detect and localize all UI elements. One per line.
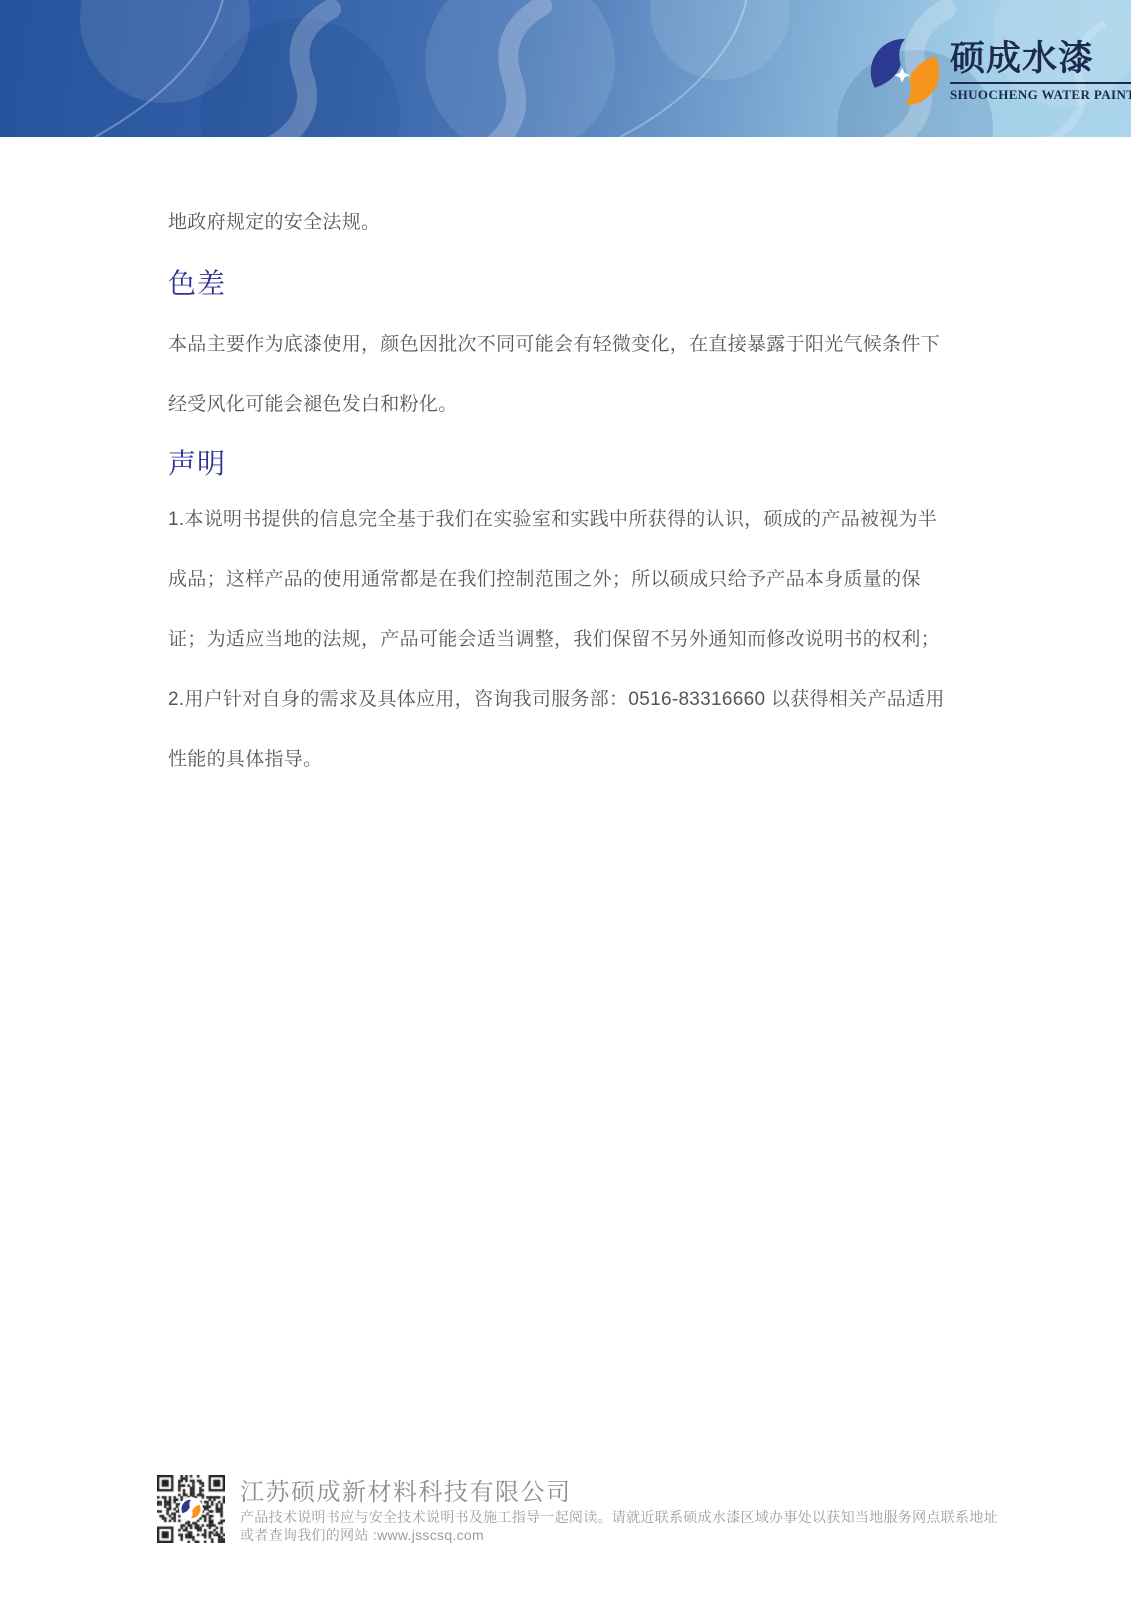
brand-logo-icon xyxy=(869,36,941,108)
qr-center-logo-icon xyxy=(179,1497,203,1521)
company-name: 江苏硕成新材料科技有限公司 xyxy=(240,1472,572,1507)
brand-name-cn: 硕成水漆 xyxy=(950,41,1131,84)
brand-name-en: SHUOCHENG WATER PAINT xyxy=(950,88,1131,101)
document-page: 硕成水漆 SHUOCHENG WATER PAINT 地政府规定的安全法规。 色… xyxy=(0,0,1131,1600)
brand-logo: 硕成水漆 SHUOCHENG WATER PAINT xyxy=(869,36,1131,108)
color-difference-paragraph: 本品主要作为底漆使用，颜色因批次不同可能会有轻微变化，在直接暴露于阳光气候条件下… xyxy=(168,315,946,435)
continuation-paragraph: 地政府规定的安全法规。 xyxy=(168,193,946,253)
footer-note-line-1: 产品技术说明书应与安全技术说明书及施工指导一起阅读。请就近联系硕成水漆区域办事处… xyxy=(240,1509,998,1527)
footer-note-line-2: 或者查询我们的网站 :www.jsscsq.com xyxy=(240,1527,998,1545)
brand-text-block: 硕成水漆 SHUOCHENG WATER PAINT xyxy=(950,41,1131,101)
statement-paragraph-1: 1.本说明书提供的信息完全基于我们在实验室和实践中所获得的认识，硕成的产品被视为… xyxy=(168,490,946,670)
header-banner: 硕成水漆 SHUOCHENG WATER PAINT xyxy=(0,0,1131,137)
section-heading-color-difference: 色差 xyxy=(168,270,946,298)
document-body: 地政府规定的安全法规。 色差 本品主要作为底漆使用，颜色因批次不同可能会有轻微变… xyxy=(168,137,946,790)
qr-code xyxy=(157,1475,225,1543)
statement-paragraph-2: 2.用户针对自身的需求及具体应用，咨询我司服务部：0516-83316660 以… xyxy=(168,670,946,790)
footer-notes: 产品技术说明书应与安全技术说明书及施工指导一起阅读。请就近联系硕成水漆区域办事处… xyxy=(240,1509,998,1544)
section-heading-statement: 声明 xyxy=(168,450,946,478)
